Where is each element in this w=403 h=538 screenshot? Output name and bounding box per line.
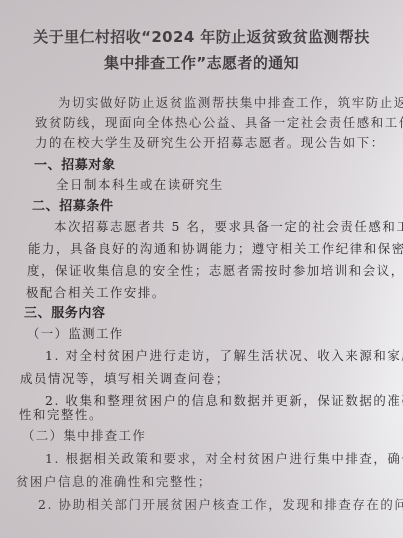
section-heading-recruitment-conditions: 二、招募条件 [32, 195, 114, 214]
section-2-line-4: 极配合相关工作安排。 [26, 283, 166, 301]
section-1-line-1: 全日制本科生或在读研究生 [56, 175, 224, 193]
screening-line-3: 2. 协助相关部门开展贫困户核查工作，发现和排查存在的问 [38, 495, 403, 513]
screening-line-1: 1. 根据相关政策和要求，对全村贫困户进行集中排查，确保 [45, 449, 403, 467]
section-2-line-1: 本次招募志愿者共 5 名，要求具备一定的社会责任感和工作 [54, 217, 403, 235]
notice-document: 关于里仁村招收“2024 年防止返贫致贫监测帮扶 集中排查工作”志愿者的通知 为… [0, 0, 403, 538]
intro-line-1: 为切实做好防止返贫监测帮扶集中排查工作，筑牢防止返贫 [58, 93, 403, 111]
monitoring-line-1: 1. 对全村贫困户进行走访，了解生活状况、收入来源和家庭 [45, 346, 403, 364]
subsection-heading-centralized-screening: （二）集中排查工作 [22, 426, 146, 444]
section-2-line-2: 能力，具备良好的沟通和协调能力；遵守相关工作纪律和保密制 [28, 239, 403, 257]
section-heading-recruitment-target: 一、招募对象 [34, 154, 116, 173]
intro-line-3: 力的在校大学生及研究生公开招募志愿者。现公告如下： [35, 133, 385, 151]
subsection-heading-monitoring: （一）监测工作 [27, 324, 124, 342]
section-2-line-3: 度，保证收集信息的安全性；志愿者需按时参加培训和会议，积 [27, 261, 403, 279]
monitoring-line-2: 成员情况等，填写相关调查问卷； [20, 369, 230, 387]
document-title-line-1: 关于里仁村招收“2024 年防止返贫致贫监测帮扶 [0, 26, 403, 47]
monitoring-line-4: 性和完整性。 [19, 405, 103, 423]
document-title-line-2: 集中排查工作”志愿者的通知 [0, 52, 403, 73]
intro-line-2: 致贫防线，现面向全体热心公益、具备一定社会责任感和工作能 [35, 113, 403, 131]
section-heading-service-content: 三、服务内容 [24, 302, 106, 321]
screening-line-2: 贫困户信息的准确性和完整性； [16, 472, 212, 490]
